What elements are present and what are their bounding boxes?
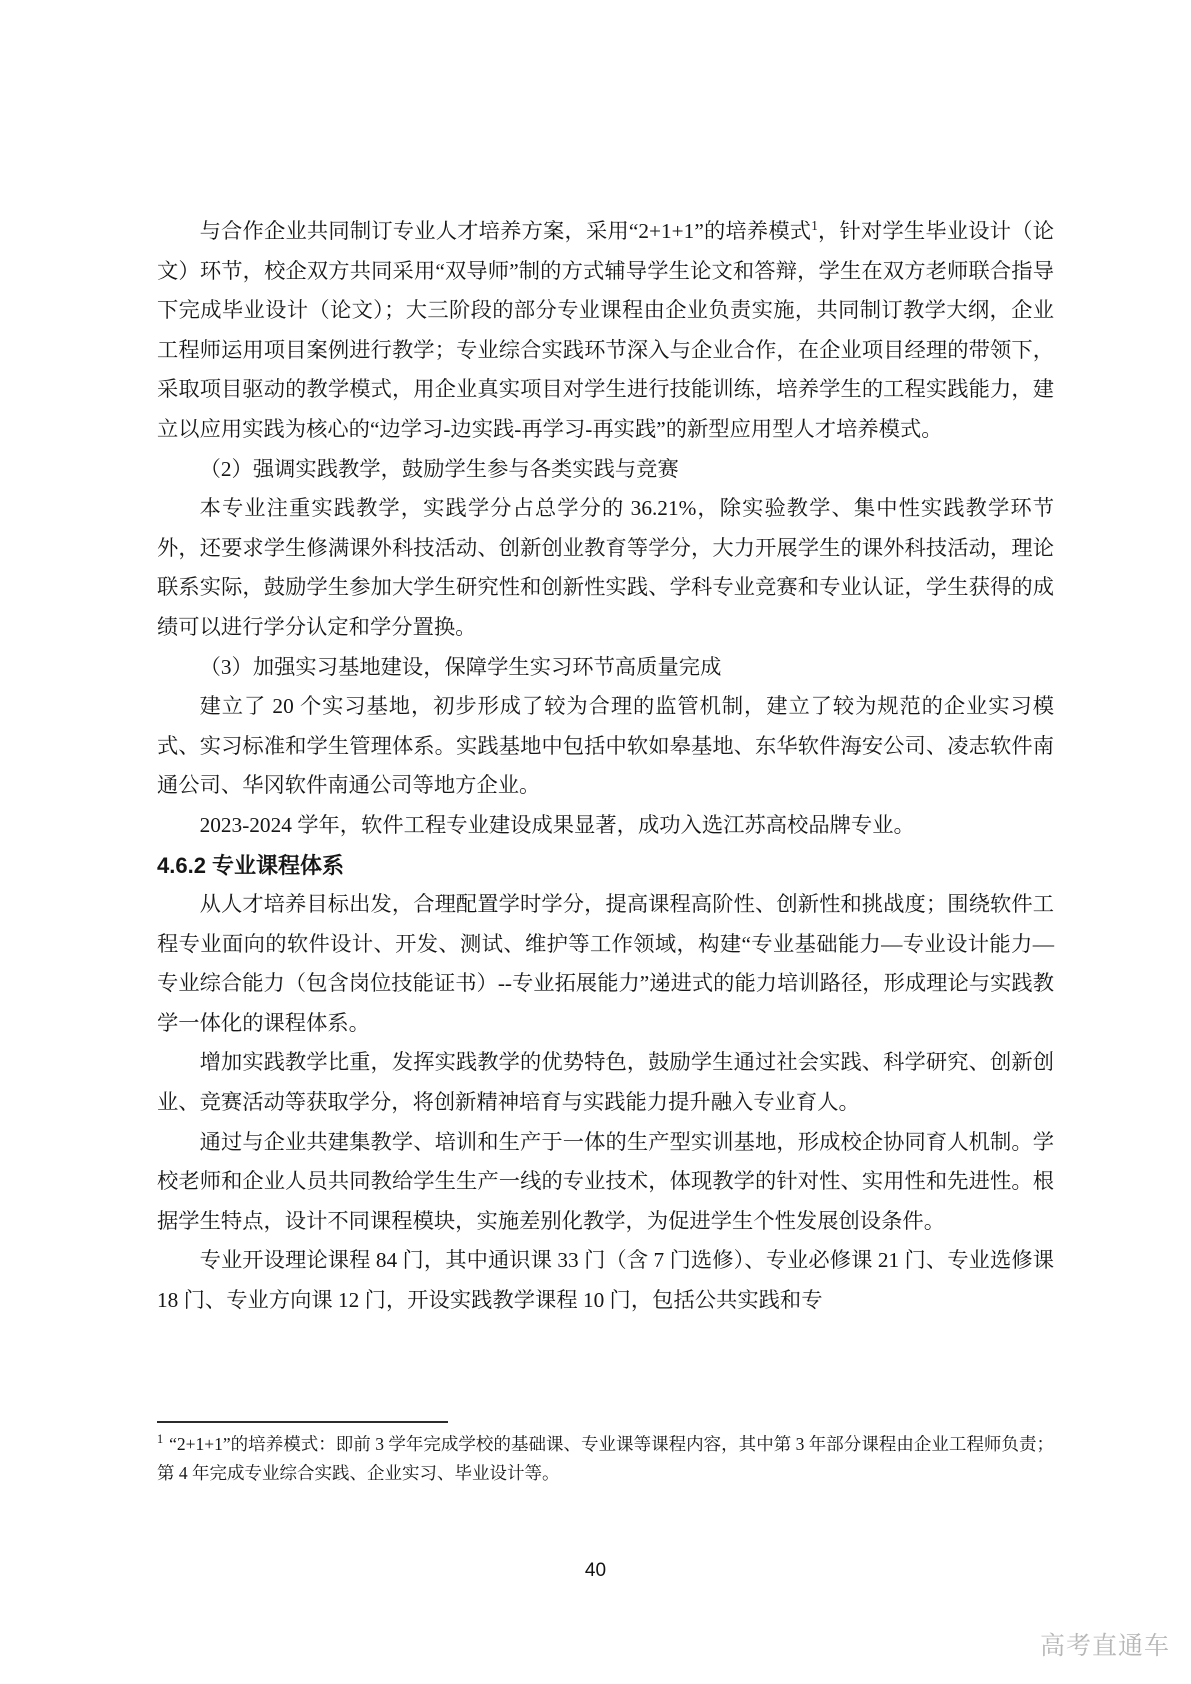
- watermark: 高考直通车: [1040, 1626, 1170, 1662]
- footnote-text: “2+1+1”的培养模式：即前 3 学年完成学校的基础课、专业课等课程内容，其中…: [157, 1434, 1054, 1483]
- paragraph-practice-credits: 本专业注重实践教学，实践学分占总学分的 36.21%，除实验教学、集中性实践教学…: [157, 489, 1054, 647]
- footnote-area: 1“2+1+1”的培养模式：即前 3 学年完成学校的基础课、专业课等课程内容，其…: [157, 1421, 1054, 1487]
- page-number: 40: [0, 1560, 1191, 1582]
- footnote-marker: 1: [157, 1432, 163, 1446]
- paragraph-curriculum-goals: 从人才培养目标出发，合理配置学时学分，提高课程高阶性、创新性和挑战度；围绕软件工…: [157, 885, 1054, 1043]
- footnote-separator-line: [157, 1421, 448, 1423]
- paragraph-training-scheme: 与合作企业共同制订专业人才培养方案，采用“2+1+1”的培养模式1，针对学生毕业…: [157, 212, 1054, 450]
- paragraph-item-2-practice-teaching: （2）强调实践教学，鼓励学生参与各类实践与竞赛: [157, 450, 1054, 490]
- paragraph-school-enterprise-training: 通过与企业共建集教学、培训和生产于一体的生产型实训基地，形成校企协同育人机制。学…: [157, 1123, 1054, 1242]
- paragraph-text: 与合作企业共同制订专业人才培养方案，采用“2+1+1”的培养模式: [200, 219, 812, 243]
- paragraph-practice-proportion: 增加实践教学比重，发挥实践教学的优势特色，鼓励学生通过社会实践、科学研究、创新创…: [157, 1043, 1054, 1122]
- footnote: 1“2+1+1”的培养模式：即前 3 学年完成学校的基础课、专业课等课程内容，其…: [157, 1430, 1054, 1487]
- footnote-ref-marker: 1: [811, 218, 818, 233]
- document-body: 与合作企业共同制订专业人才培养方案，采用“2+1+1”的培养模式1，针对学生毕业…: [157, 212, 1054, 1321]
- section-heading-4-6-2: 4.6.2 专业课程体系: [157, 846, 1054, 886]
- paragraph-item-3-internship-bases: （3）加强实习基地建设，保障学生实习环节高质量完成: [157, 648, 1054, 688]
- paragraph-brand-major: 2023-2024 学年，软件工程专业建设成果显著，成功入选江苏高校品牌专业。: [157, 806, 1054, 846]
- paragraph-text: ，针对学生毕业设计（论文）环节，校企双方共同采用“双导师”制的方式辅导学生论文和…: [157, 219, 1054, 441]
- paragraph-internship-base-detail: 建立了 20 个实习基地，初步形成了较为合理的监管机制，建立了较为规范的企业实习…: [157, 687, 1054, 806]
- document-page: 与合作企业共同制订专业人才培养方案，采用“2+1+1”的培养模式1，针对学生毕业…: [0, 0, 1191, 1684]
- paragraph-course-counts: 专业开设理论课程 84 门，其中通识课 33 门（含 7 门选修）、专业必修课 …: [157, 1241, 1054, 1320]
